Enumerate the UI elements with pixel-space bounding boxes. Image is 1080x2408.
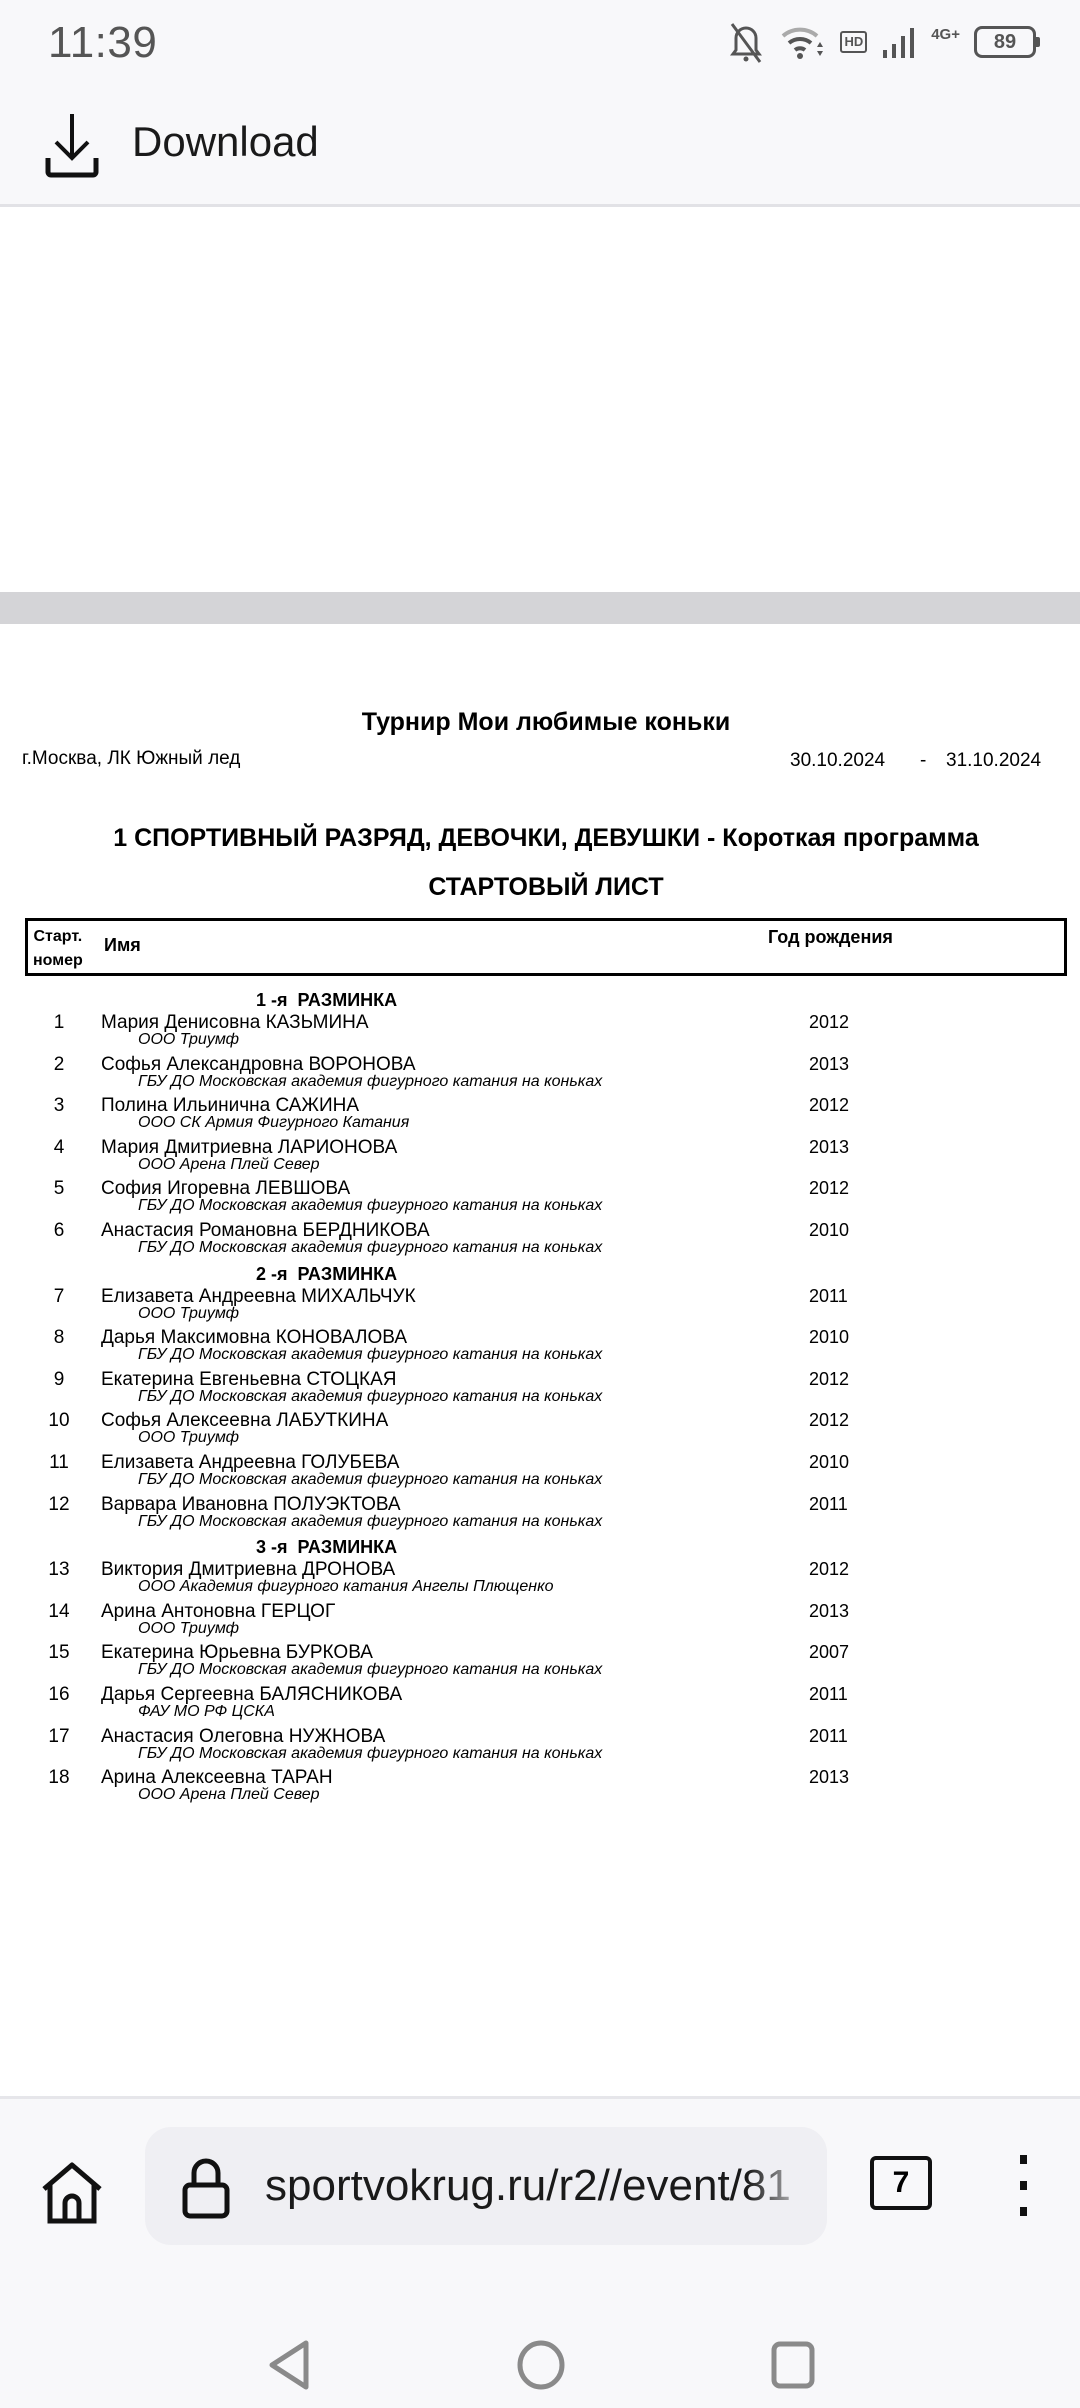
birth-year: 2013 xyxy=(809,1137,849,1158)
birth-year: 2013 xyxy=(809,1767,849,1788)
browser-toolbar: sportvokrug.ru/r2//event/81 7 xyxy=(0,2096,1080,2408)
status-icons: HD 4G+ 89 xyxy=(726,20,1040,64)
column-birth-year: Год рождения xyxy=(768,927,893,948)
table-row: 3Полина Ильинична САЖИНАООО СК Армия Фиг… xyxy=(0,1095,1080,1137)
start-number: 10 xyxy=(30,1410,88,1432)
tournament-title: Турнир Мои любимые коньки xyxy=(0,708,1080,737)
category-title: 1 СПОРТИВНЫЙ РАЗРЯД, ДЕВОЧКИ, ДЕВУШКИ - … xyxy=(0,824,1080,853)
recents-icon[interactable] xyxy=(770,2341,816,2389)
warmup-group-title: 1 -я РАЗМИНКА xyxy=(0,988,1080,1012)
warmup-group-title: 2 -я РАЗМИНКА xyxy=(0,1262,1080,1286)
club-name: ФАУ МО РФ ЦСКА xyxy=(138,1703,275,1721)
table-row: 13Виктория Дмитриевна ДРОНОВАООО Академи… xyxy=(0,1559,1080,1601)
birth-year: 2010 xyxy=(809,1452,849,1473)
signal-icon xyxy=(881,24,917,60)
pdf-page-bottom-blank xyxy=(0,207,1080,592)
sheet-title: СТАРТОВЫЙ ЛИСТ xyxy=(0,873,1080,902)
birth-year: 2012 xyxy=(809,1559,849,1580)
table-row: 7Елизавета Андреевна МИХАЛЬЧУКООО Триумф… xyxy=(0,1286,1080,1328)
start-number: 5 xyxy=(30,1178,88,1200)
club-name: ГБУ ДО Московская академия фигурного кат… xyxy=(138,1239,602,1257)
start-number: 16 xyxy=(30,1684,88,1706)
table-row: 1Мария Денисовна КАЗЬМИНАООО Триумф2012 xyxy=(0,1012,1080,1054)
club-name: ООО Триумф xyxy=(138,1031,239,1049)
table-row: 15Екатерина Юрьевна БУРКОВАГБУ ДО Москов… xyxy=(0,1642,1080,1684)
column-start-number: Старт. номер xyxy=(33,925,83,973)
download-bar: Download xyxy=(0,88,1080,207)
birth-year: 2011 xyxy=(809,1494,848,1515)
battery-level: 89 xyxy=(974,26,1036,58)
club-name: ГБУ ДО Московская академия фигурного кат… xyxy=(138,1661,602,1679)
start-number: 17 xyxy=(30,1726,88,1748)
club-name: ГБУ ДО Московская академия фигурного кат… xyxy=(138,1513,602,1531)
birth-year: 2012 xyxy=(809,1095,849,1116)
page-separator xyxy=(0,592,1080,624)
column-start-number-line1: Старт. xyxy=(33,925,83,949)
club-name: ГБУ ДО Московская академия фигурного кат… xyxy=(138,1346,602,1364)
warmup-group-title: 3 -я РАЗМИНКА xyxy=(0,1535,1080,1559)
table-row: 8Дарья Максимовна КОНОВАЛОВАГБУ ДО Моско… xyxy=(0,1327,1080,1369)
start-number: 6 xyxy=(30,1220,88,1242)
club-name: ООО Триумф xyxy=(138,1620,239,1638)
club-name: ГБУ ДО Московская академия фигурного кат… xyxy=(138,1471,602,1489)
start-number: 15 xyxy=(30,1642,88,1664)
club-name: ООО Арена Плей Север xyxy=(138,1156,320,1174)
table-header: Старт. номер Имя Год рождения xyxy=(25,918,1067,976)
birth-year: 2011 xyxy=(809,1286,848,1307)
download-icon[interactable] xyxy=(44,110,100,178)
start-number: 14 xyxy=(30,1601,88,1623)
start-number: 11 xyxy=(30,1452,88,1474)
table-row: 14Арина Антоновна ГЕРЦОГООО Триумф2013 xyxy=(0,1601,1080,1643)
table-row: 2Софья Александровна ВОРОНОВАГБУ ДО Моск… xyxy=(0,1054,1080,1096)
birth-year: 2012 xyxy=(809,1012,849,1033)
table-row: 9Екатерина Евгеньевна СТОЦКАЯГБУ ДО Моск… xyxy=(0,1369,1080,1411)
start-number: 1 xyxy=(30,1012,88,1034)
club-name: ГБУ ДО Московская академия фигурного кат… xyxy=(138,1197,602,1215)
club-name: ГБУ ДО Московская академия фигурного кат… xyxy=(138,1745,602,1763)
club-name: ООО СК Армия Фигурного Катания xyxy=(138,1114,409,1132)
start-number: 3 xyxy=(30,1095,88,1117)
start-number: 8 xyxy=(30,1327,88,1349)
start-number: 18 xyxy=(30,1767,88,1789)
table-row: 5София Игоревна ЛЕВШОВАГБУ ДО Московская… xyxy=(0,1178,1080,1220)
date-separator: - xyxy=(920,750,926,772)
url-bar[interactable]: sportvokrug.ru/r2//event/81 xyxy=(145,2127,827,2245)
url-fade xyxy=(747,2127,827,2245)
birth-year: 2013 xyxy=(809,1054,849,1075)
status-time: 11:39 xyxy=(48,18,157,68)
back-icon[interactable] xyxy=(266,2339,314,2391)
lock-icon[interactable] xyxy=(181,2157,231,2219)
more-vert-icon[interactable] xyxy=(1014,2153,1034,2219)
birth-year: 2011 xyxy=(809,1684,848,1705)
table-row: 10Софья Алексеевна ЛАБУТКИНАООО Триумф20… xyxy=(0,1410,1080,1452)
date-to: 31.10.2024 xyxy=(946,750,1041,772)
venue: г.Москва, ЛК Южный лед xyxy=(22,748,240,770)
pdf-page: Турнир Мои любимые коньки г.Москва, ЛК Ю… xyxy=(0,624,1080,2096)
tabs-button[interactable]: 7 xyxy=(870,2156,932,2210)
club-name: ГБУ ДО Московская академия фигурного кат… xyxy=(138,1388,602,1406)
birth-year: 2007 xyxy=(809,1642,849,1663)
start-number: 13 xyxy=(30,1559,88,1581)
club-name: ООО Арена Плей Север xyxy=(138,1786,320,1804)
home-circle-icon[interactable] xyxy=(516,2339,566,2391)
table-row: 12Варвара Ивановна ПОЛУЭКТОВАГБУ ДО Моск… xyxy=(0,1494,1080,1536)
start-number: 7 xyxy=(30,1286,88,1308)
birth-year: 2012 xyxy=(809,1369,849,1390)
table-row: 17Анастасия Олеговна НУЖНОВАГБУ ДО Моско… xyxy=(0,1726,1080,1768)
hd-icon: HD xyxy=(840,31,867,53)
club-name: ГБУ ДО Московская академия фигурного кат… xyxy=(138,1073,602,1091)
table-row: 4Мария Дмитриевна ЛАРИОНОВАООО Арена Пле… xyxy=(0,1137,1080,1179)
download-title: Download xyxy=(132,118,319,166)
birth-year: 2013 xyxy=(809,1601,849,1622)
table-row: 16Дарья Сергеевна БАЛЯСНИКОВАФАУ МО РФ Ц… xyxy=(0,1684,1080,1726)
column-name: Имя xyxy=(104,935,141,956)
start-number: 4 xyxy=(30,1137,88,1159)
bell-off-icon xyxy=(726,20,766,64)
start-list: 1 -я РАЗМИНКА1Мария Денисовна КАЗЬМИНАОО… xyxy=(0,988,1080,1809)
system-nav-bar xyxy=(0,2299,1080,2408)
column-start-number-line2: номер xyxy=(33,949,83,973)
home-icon[interactable] xyxy=(36,2157,108,2229)
table-row: 11Елизавета Андреевна ГОЛУБЕВАГБУ ДО Мос… xyxy=(0,1452,1080,1494)
start-number: 12 xyxy=(30,1494,88,1516)
birth-year: 2010 xyxy=(809,1220,849,1241)
table-row: 18Арина Алексеевна ТАРАНООО Арена Плей С… xyxy=(0,1767,1080,1809)
start-number: 2 xyxy=(30,1054,88,1076)
status-bar: 11:39 HD 4G+ 89 xyxy=(0,0,1080,88)
birth-year: 2010 xyxy=(809,1327,849,1348)
url-text[interactable]: sportvokrug.ru/r2//event/81 xyxy=(265,2161,791,2211)
network-4g-plus-icon: 4G+ xyxy=(931,26,960,43)
birth-year: 2012 xyxy=(809,1410,849,1431)
birth-year: 2012 xyxy=(809,1178,849,1199)
club-name: ООО Триумф xyxy=(138,1429,239,1447)
wifi-icon xyxy=(780,22,826,62)
date-from: 30.10.2024 xyxy=(790,750,885,772)
birth-year: 2011 xyxy=(809,1726,848,1747)
table-row: 6Анастасия Романовна БЕРДНИКОВАГБУ ДО Мо… xyxy=(0,1220,1080,1262)
club-name: ООО Триумф xyxy=(138,1305,239,1323)
battery-icon: 89 xyxy=(974,26,1040,58)
start-number: 9 xyxy=(30,1369,88,1391)
club-name: ООО Академия фигурного катания Ангелы Пл… xyxy=(138,1578,554,1596)
